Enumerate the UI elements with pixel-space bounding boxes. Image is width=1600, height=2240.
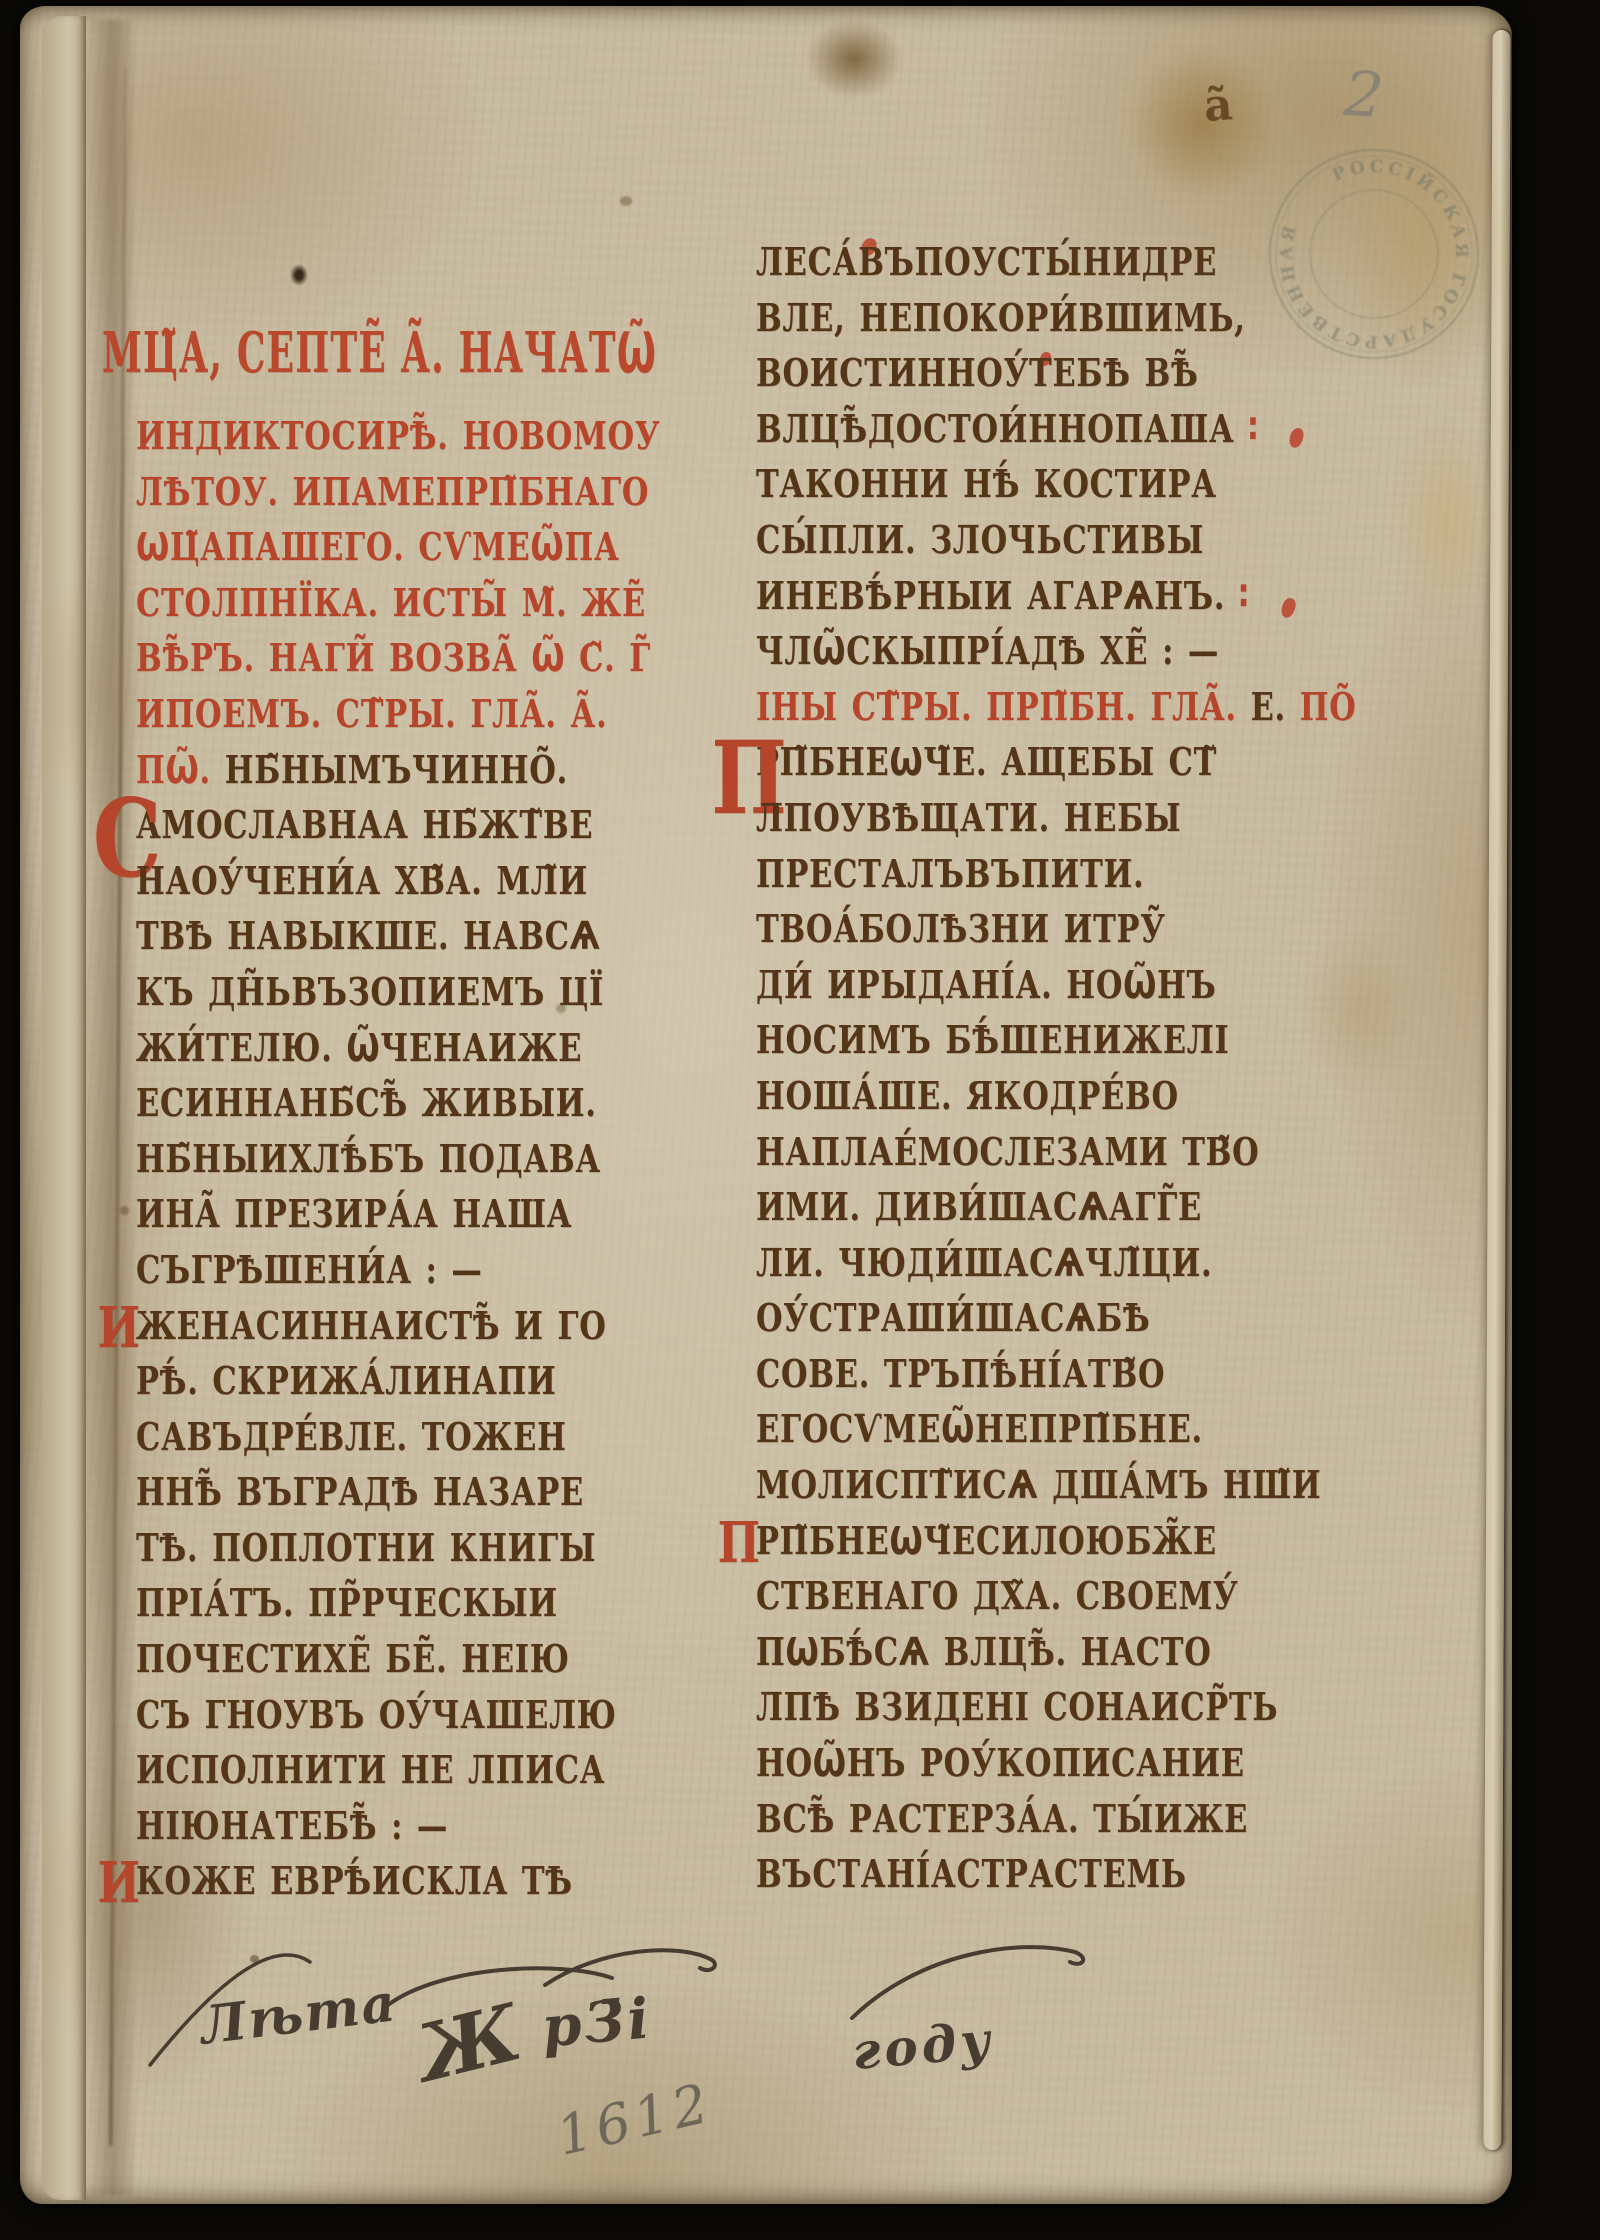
rubric-text: ІНЫ СТ̃РЫ. ПРП̃БН. ГЛА̃. [756,684,1251,729]
text-line: НОША́ШЕ. ЯКОДРЕ́ВО [756,1068,1357,1124]
body-text: СЪГРѢШЕНИ́А : — [136,1247,483,1292]
body-text: ЛИ. ЧЮДИ́ШАСѦЧЛ̃ЦИ. [756,1240,1212,1285]
body-text: ЖЕНАСИННАИСТѢ̃ И ГО [136,1303,607,1348]
rubric-text: ∶ [1225,573,1249,618]
body-text: ТАКОННИ НѢ́ КОСТИРА [756,461,1217,506]
body-text: СТВЕНАГО ДХ̃А. СВОЕМУ́ [756,1573,1238,1618]
text-line: СОВЕ. ТРЪПѢ́НІ́АТВ̃О [756,1346,1357,1402]
initial-letter: И [98,1855,141,1911]
rubric-text: ИПОЕМЪ. СТ̃РЫ. ГЛА̃. А̃. [136,691,608,736]
body-text: ВЪСТАНІ́АСТРАСТЕМЬ [756,1851,1187,1896]
body-text: ЛПѢ ВЗИДЕНІ СОНАИСР̃ТЬ [756,1684,1278,1729]
text-line: НАПЛАЕ́МОСЛЕЗАМИ ТВ̃О [756,1124,1357,1180]
text-line: ИПОЕМЪ. СТ̃РЫ. ГЛА̃. А̃. [136,686,660,742]
body-text: НАОУ́ЧЕНИ́А ХВ̃А. МЛ̃И [136,858,588,903]
body-text: ОУ́СТРАШИ́ШАСѦБѢ [756,1295,1150,1340]
text-line: ВЛЦѢ̃ДОСТОИ́ННОПАША ∶ [756,401,1357,457]
text-line: СЫ́ПЛИ. ЗЛОЧЬСТИВЫ [756,512,1357,568]
text-line: СЪГРѢШЕНИ́А : — [136,1242,660,1298]
rubric-text: ВѢ̃РЪ. НАГИ̃ ВОЗВА̃ Ѡ̃ С̃. Г̃ [136,635,651,680]
text-line: ВСѢ̃ РАСТЕРЗА́А. ТЫ́ИЖЕ [756,1791,1357,1847]
text-line: ВЛЕ, НЕПОКОРИ́ВШИМЬ, [756,290,1357,346]
text-line: ПОЧЕСТИХЕ̃ БЕ̃. НЕІЮ [136,1631,660,1687]
body-text: НІЮНАТЕБѢ̃ : — [136,1803,448,1848]
body-text: КОЖЕ ЕВРѢ́ИСКЛА ТѢ [136,1858,573,1903]
text-line: ЛѢТОУ. ИПАМЕПРП̃БНАГО [136,464,660,520]
text-line: ПѠБѢ́СѦ ВЛЦѢ̃. НАСТО [756,1624,1357,1680]
body-text: НБ̃НЫМЪЧИННО̃. [225,747,568,792]
folio-number-pencil: 2 [1342,57,1386,133]
body-text: ТВОА́БОЛѢЗНИ ИТРУ̃ [756,906,1166,951]
body-text: ЖИ́ТЕЛЮ. Ѡ̃ЧЕНАИЖЕ [136,1025,582,1070]
body-text: ИМИ. ДИВИ́ШАСѦАГГ̃Е [756,1184,1202,1229]
text-line: ОУ́СТРАШИ́ШАСѦБѢ [756,1290,1357,1346]
text-line: ЧЛѠ̃СКЫПРІ́АДѢ ХЕ̃ : — [756,623,1357,679]
text-line: ЕСИННАНБ̃СѢ̃ ЖИВЫИ. [136,1075,660,1131]
text-line: ТѢ. ПОПЛОТНИ КНИГЫ [136,1520,660,1576]
text-line: ЕГОСѴМЕѠ̃НЕПРП̃БНЕ. [756,1401,1357,1457]
text-line: ПРП̃БНЕѠЧ̃ЕСИЛОЮБЖ̃Е [756,1513,1357,1569]
text-line: НАОУ́ЧЕНИ́А ХВ̃А. МЛ̃И [136,853,660,909]
body-text: ИСПОЛНИТИ НЕ ЛПИСА [136,1747,605,1792]
body-text: ВЛЦѢ̃ДОСТОИ́ННОПАША [756,406,1235,451]
body-text: Е. [1251,684,1300,729]
text-line: ВЪСТАНІ́АСТРАСТЕМЬ [756,1846,1357,1902]
body-text: ИНА̃ ПРЕЗИРА́А НАША [136,1191,572,1236]
rubric-text: ИНДИКТОСИРѢ̃. НОВОМОУ [136,413,660,458]
text-line: ПРЕСТАЛЪВЪПИТИ. [756,846,1357,902]
body-text: СОВЕ. ТРЪПѢ́НІ́АТВ̃О [756,1351,1165,1396]
text-line: ИНДИКТОСИРѢ̃. НОВОМОУ [136,408,660,464]
text-line: ТВОА́БОЛѢЗНИ ИТРУ̃ [756,901,1357,957]
text-line: ТАКОННИ НѢ́ КОСТИРА [756,456,1357,512]
marginal-note-godu: году [850,2010,997,2081]
body-text: ЕСИННАНБ̃СѢ̃ ЖИВЫИ. [136,1080,597,1125]
body-text: РП̃БНЕѠЧ̃ЕСИЛОЮБЖ̃Е [756,1518,1217,1563]
text-line: ИМИ. ДИВИ́ШАСѦАГГ̃Е [756,1179,1357,1235]
text-line: ИЖЕНАСИННАИСТѢ̃ И ГО [136,1298,660,1354]
text-line: НОѠ̃НЪ РОУ́КОПИСАНИЕ [756,1735,1357,1791]
text-line: ПРП̃БНЕѠЧ̃Е. АЩЕБЫ СТ̃ [756,734,1357,790]
body-text: САВЪДРЕ́ВЛЕ. ТОЖЕН [136,1414,567,1459]
text-line: ВОИСТИННОУ́ТЕБѢ ВѢ̃ [756,345,1357,401]
body-text: ИНЕВѢ́РНЫИ АГАРѦНЪ. [756,573,1225,618]
body-text: НБ̃НЫИХЛѢ́БЪ ПОДАВА [136,1136,601,1181]
text-line: НІЮНАТЕБѢ̃ : — [136,1798,660,1854]
text-line: ЛЕСА́ВЪПОУСТЫ́НИДРЕ [756,234,1357,290]
text-line: СЪ ГНОУВЪ ОУ́ЧАШЕЛЮ [136,1687,660,1743]
text-line: НОСИМЪ БѢ́ШЕНИЖЕЛІ [756,1012,1357,1068]
text-line: САВЪДРЕ́ВЛЕ. ТОЖЕН [136,1409,660,1465]
body-text: РѢ́. СКРИЖА́ЛИНАПИ [136,1358,557,1403]
body-text: ННѢ̃ ВЪГРАДѢ НАЗАРЕ [136,1469,584,1514]
text-line: ЛИ. ЧЮДИ́ШАСѦЧЛ̃ЦИ. [756,1235,1357,1291]
body-text: РП̃БНЕѠЧ̃Е. АЩЕБЫ СТ̃ [756,739,1217,784]
body-text: ВСѢ̃ РАСТЕРЗА́А. ТЫ́ИЖЕ [756,1796,1248,1841]
text-line: ПРІА́ТЪ. ПР̃РЧЕСКЫИ [136,1575,660,1631]
text-line: СТОЛПНЇКА. ИСТЫ̃ М̃. ЖЕ̃ [136,575,660,631]
body-text: ТѢ. ПОПЛОТНИ КНИГЫ [136,1525,596,1570]
rubric-text: ЛѢТОУ. ИПАМЕПРП̃БНАГО [136,469,649,514]
body-text: ПѠБѢ́СѦ ВЛЦѢ̃. НАСТО [756,1629,1211,1674]
body-text: НОСИМЪ БѢ́ШЕНИЖЕЛІ [756,1017,1230,1062]
body-text: СЫ́ПЛИ. ЗЛОЧЬСТИВЫ [756,517,1204,562]
initial-letter: И [98,1300,141,1356]
body-text: ЕГОСѴМЕѠ̃НЕПРП̃БНЕ. [756,1406,1203,1451]
rubric-text: ∶ [1235,406,1259,451]
body-text: ПРЕСТАЛЪВЪПИТИ. [756,851,1144,896]
text-line: ИКОЖЕ ЕВРѢ́ИСКЛА ТѢ [136,1853,660,1909]
body-text: НОША́ШЕ. ЯКОДРЕ́ВО [756,1073,1179,1118]
body-text: ВОИСТИННОУ́ТЕБѢ ВѢ̃ [756,350,1199,395]
text-column-2: ЛЕСА́ВЪПОУСТЫ́НИДРЕВЛЕ, НЕПОКОРИ́ВШИМЬ,В… [756,234,1507,1902]
body-text: ТВѢ НАВЫКШЕ. НАВСѦ [136,913,601,958]
text-line: ДИ́ ИРЫДАНІ́А. НОѠ̃НЪ [756,957,1357,1013]
text-line: ТВѢ НАВЫКШЕ. НАВСѦ [136,908,660,964]
text-line: ИСПОЛНИТИ НЕ ЛПИСА [136,1742,660,1798]
text-line: МОЛИСПТ̃ИСѦ ДША́МЪ НШ̃И [756,1457,1357,1513]
body-text: СЪ ГНОУВЪ ОУ́ЧАШЕЛЮ [136,1692,617,1737]
marginal-note-year-letters: рЗ̄і [539,1985,654,2060]
rubric-text: ѠЦ̃АПАШЕГО. СѴМЕѠ̃ПА [136,524,620,569]
text-line: ННѢ̃ ВЪГРАДѢ НАЗАРЕ [136,1464,660,1520]
body-text: ДИ́ ИРЫДАНІ́А. НОѠ̃НЪ [756,962,1217,1007]
text-line: ИНА̃ ПРЕЗИРА́А НАША [136,1186,660,1242]
body-text: КЪ ДН̃ЬВЪЗОПИЕМЪ ЦЇ [136,969,604,1014]
text-line: ІНЫ СТ̃РЫ. ПРП̃БН. ГЛА̃. Е. ПО̃ [756,679,1357,735]
body-text: НОѠ̃НЪ РОУ́КОПИСАНИЕ [756,1740,1245,1785]
manuscript-photo: { "page": { "folio_number": "2", "quire_… [0,0,1600,2240]
gutter-folio-edge [42,16,86,2200]
text-line: РѢ́. СКРИЖА́ЛИНАПИ [136,1353,660,1409]
text-line: САМОСЛАВНАА НБ̃ЖТ̃ВЕ [136,797,660,853]
rubric-text: СТОЛПНЇКА. ИСТЫ̃ М̃. ЖЕ̃ [136,580,646,625]
quire-mark: а̃ [1202,79,1234,132]
text-line: ЖИ́ТЕЛЮ. Ѡ̃ЧЕНАИЖЕ [136,1020,660,1076]
body-text: ЛЕСА́ВЪПОУСТЫ́НИДРЕ [756,239,1217,284]
text-line: ИНЕВѢ́РНЫИ АГАРѦНЪ. ∶ [756,568,1357,624]
text-line: ПѠ̃. НБ̃НЫМЪЧИННО̃. [136,742,660,798]
text-line: ВѢ̃РЪ. НАГИ̃ ВОЗВА̃ Ѡ̃ С̃. Г̃ [136,630,660,686]
heading-rubric: МЦ̃А, СЕПТЕ̃ А̃. НАЧАТѠ̃ [102,320,657,386]
text-line: КЪ ДН̃ЬВЪЗОПИЕМЪ ЦЇ [136,964,660,1020]
text-line: ѠЦ̃АПАШЕГО. СѴМЕѠ̃ПА [136,519,660,575]
body-text: НАПЛАЕ́МОСЛЕЗАМИ ТВ̃О [756,1129,1259,1174]
body-text: ВЛЕ, НЕПОКОРИ́ВШИМЬ, [756,295,1246,340]
body-text: ПРІА́ТЪ. ПР̃РЧЕСКЫИ [136,1580,558,1625]
text-line: ЛПОУВѢЩАТИ. НЕБЫ [756,790,1357,846]
rubric-text: ПО̃ [1300,684,1357,729]
text-line: НБ̃НЫИХЛѢ́БЪ ПОДАВА [136,1131,660,1187]
body-text: МОЛИСПТ̃ИСѦ ДША́МЪ НШ̃И [756,1462,1321,1507]
initial-letter: П [718,1515,761,1571]
body-text: ПОЧЕСТИХЕ̃ БЕ̃. НЕІЮ [136,1636,570,1681]
body-text: АМОСЛАВНАА НБ̃ЖТ̃ВЕ [136,802,593,847]
body-text: ЧЛѠ̃СКЫПРІ́АДѢ ХЕ̃ : — [756,628,1219,673]
text-line: СТВЕНАГО ДХ̃А. СВОЕМУ́ [756,1568,1357,1624]
text-line: ЛПѢ ВЗИДЕНІ СОНАИСР̃ТЬ [756,1679,1357,1735]
text-column-1: ИНДИКТОСИРѢ̃. НОВОМОУЛѢТОУ. ИПАМЕПРП̃БНА… [136,408,791,1909]
body-text: ЛПОУВѢЩАТИ. НЕБЫ [756,795,1181,840]
